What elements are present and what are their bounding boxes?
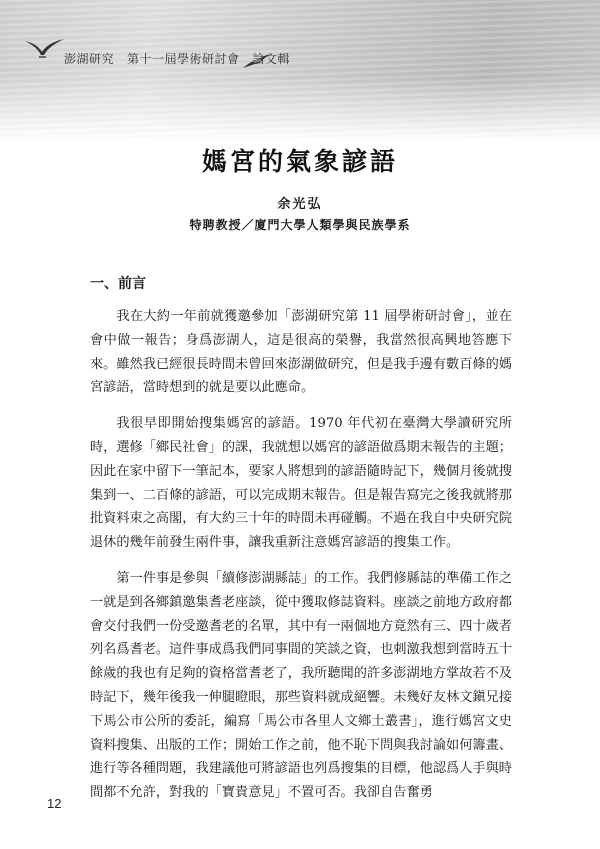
section-heading: 一、前言 [90,273,146,293]
seagull-icon [242,52,272,70]
paragraph: 我很早即開始搜集媽宮的諺語。1970 年代初在臺灣大學讀研究所時，選修「鄉民社會… [90,412,512,555]
paragraph: 我在大約一年前就獲邀參加「澎湖研究第 11 屆學術研討會」，並在會中做一報告；身… [90,305,512,400]
body-text: 我在大約一年前就獲邀參加「澎湖研究第 11 屆學術研討會」，並在會中做一報告；身… [90,305,512,817]
article-title: 媽宮的氣象諺語 [0,142,600,178]
paragraph: 第一件事是參與「續修澎湖縣誌」的工作。我們修縣誌的準備工作之一就是到各鄉鎮邀集耆… [90,567,512,805]
header-banner [0,0,600,140]
seagull-icon [24,38,66,60]
page-number: 12 [47,796,61,811]
author-affiliation: 特聘教授／廈門大學人類學與民族學系 [0,216,600,233]
author-name: 余光弘 [0,193,600,212]
